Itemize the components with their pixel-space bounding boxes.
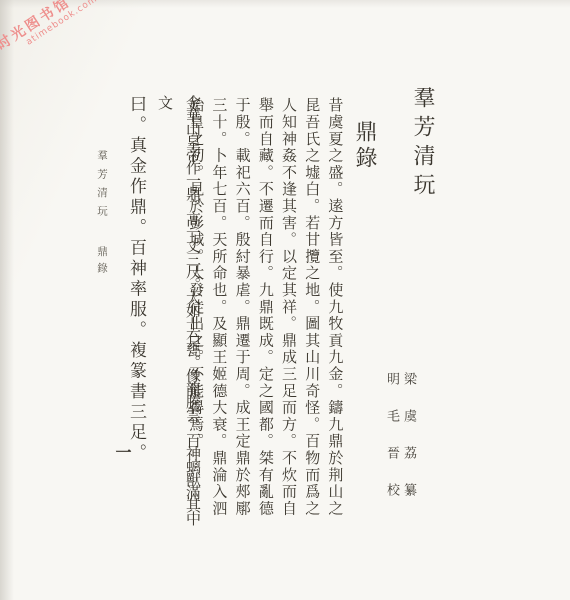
text-column-4: 舉而自藏。不遷而自行。九鼎既成。定之國都。桀有亂德: [253, 97, 276, 533]
body-text-block: 昔虞夏之盛。逺方皆至。使九牧貢九金。鑄九鼎於荆山之 昆吾氏之墟白。若甘攬之地。圖…: [183, 97, 345, 533]
attribution-block: 梁虞荔纂 明毛晉校: [384, 372, 418, 528]
text-column-8: 金華山皇帝作一鼎。高一丈三尺。大如十石甕。像龍騰雲。百神螭獸滿其中文: [150, 95, 206, 535]
book-page-scan: 时光图书馆 atimebook.com 羣芳清玩 鼎錄 梁虞荔纂 明毛晉校 昔虞…: [0, 0, 570, 600]
margin-section-title: 鼎錄: [96, 246, 107, 279]
text-column-2: 昆吾氏之墟白。若甘攬之地。圖其山川奇怪。百物而爲之: [299, 97, 322, 533]
attribution-collator: 明毛晉校: [384, 372, 401, 528]
watermark: 时光图书馆 atimebook.com: [0, 0, 100, 62]
page-margin-column: 羣芳清玩 鼎錄: [86, 150, 116, 279]
attribution-compiler: 梁虞荔纂: [401, 372, 418, 528]
text-column-6: 三十。卜年七百。天所命也。及顯王姬德大衰。鼎淪入泗: [206, 97, 229, 533]
margin-book-title: 羣芳清玩: [96, 150, 107, 224]
text-column-1: 昔虞夏之盛。逺方皆至。使九牧貢九金。鑄九鼎於荆山之: [322, 97, 345, 533]
text-column-5: 于殷。載祀六百。殷紂暴虐。鼎遷于周。成王定鼎於郟鄏: [229, 97, 252, 533]
text-column-9: 曰。真金作鼎。百神率服。複篆書三足。: [122, 95, 150, 535]
section-heading: 鼎錄: [350, 120, 381, 172]
page-number: 一: [110, 444, 133, 460]
page-left-edge-shadow: [0, 0, 14, 600]
book-title: 羣芳清玩: [408, 86, 439, 202]
text-column-3: 人知神姦不逢其害。以定其祥。鼎成三足而方。不炊而自: [276, 97, 299, 533]
body-text-block-large: 金華山皇帝作一鼎。高一丈三尺。大如十石甕。像龍騰雲。百神螭獸滿其中文 曰。真金作…: [122, 95, 206, 535]
